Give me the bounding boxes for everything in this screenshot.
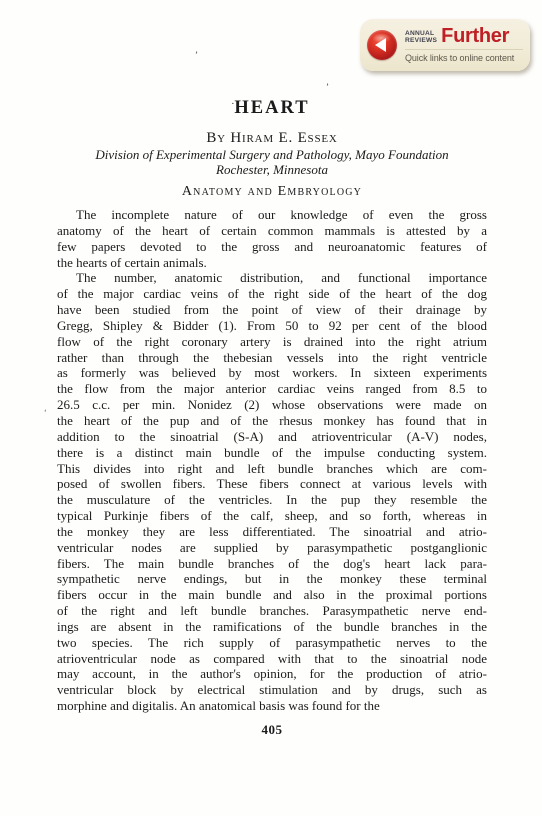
body-line: 26.5 c.c. per min. Nonidez (2) whose obs… <box>57 397 487 413</box>
body-line: The incomplete nature of our knowledge o… <box>57 207 487 223</box>
body-line: the musculature of the ventricles. In th… <box>57 492 487 508</box>
body-line: two species. The rich supply of parasymp… <box>57 635 487 651</box>
body-line: the flow from the major anterior cardiac… <box>57 381 487 397</box>
body-line: Gregg, Shipley & Bidder (1). From 50 to … <box>57 318 487 334</box>
body-line: morphine and digitalis. An anatomical ba… <box>57 698 487 714</box>
article-content: HEART By Hiram E. Essex Division of Expe… <box>57 0 487 738</box>
page-title: HEART <box>57 98 487 119</box>
affiliation-line: Division of Experimental Surgery and Pat… <box>57 148 487 163</box>
body-line: anatomy of the heart of certain common m… <box>57 223 487 239</box>
body-line: ings are absent in the ramifications of … <box>57 619 487 635</box>
body-line: The number, anatomic distribution, and f… <box>57 270 487 286</box>
body-line: rather than through the thebesian vessel… <box>57 350 487 366</box>
body-line: the heart of the pup and of the rhesus m… <box>57 413 487 429</box>
page-number: 405 <box>57 722 487 738</box>
article-body: The incomplete nature of our knowledge o… <box>57 207 487 714</box>
scan-speck <box>44 408 47 417</box>
body-line: there is a distinct main bundle of the i… <box>57 445 487 461</box>
body-line: flow of the right coronary artery is dra… <box>57 334 487 350</box>
body-line: the monkey they are less differentiated.… <box>57 524 487 540</box>
body-line: This divides into right and left bundle … <box>57 461 487 477</box>
body-line: addition to the sinoatrial (S-A) and atr… <box>57 429 487 445</box>
body-line: few papers devoted to the gross and neur… <box>57 239 487 255</box>
body-line: ventricular block by electrical stimulat… <box>57 682 487 698</box>
body-line: sympathetic nerve endings, but in the mo… <box>57 571 487 587</box>
body-line: of the right and left bundle branches. P… <box>57 603 487 619</box>
body-line: ventricular nodes are supplied by parasy… <box>57 540 487 556</box>
author-byline: By Hiram E. Essex <box>57 130 487 146</box>
body-line: fibers. The main bundle branches of the … <box>57 556 487 572</box>
body-line: fibers occur in the main bundle and also… <box>57 587 487 603</box>
body-line: posed of swollen fibers. These fibers co… <box>57 476 487 492</box>
body-line: typical Purkinje fibers of the calf, she… <box>57 508 487 524</box>
section-heading: Anatomy and Embryology <box>57 184 487 199</box>
affiliation-location: Rochester, Minnesota <box>57 163 487 178</box>
body-line: the hearts of certain animals. <box>57 255 487 271</box>
body-line: of the major cardiac veins of the right … <box>57 286 487 302</box>
body-line: atrioventricular node as compared with t… <box>57 651 487 667</box>
body-line: have been studied from the point of view… <box>57 302 487 318</box>
body-line: may account, in the author's opinion, fo… <box>57 666 487 682</box>
body-line: as formerly was believed by most workers… <box>57 365 487 381</box>
scanned-page: ANNUAL REVIEWS Further Quick links to on… <box>0 0 542 816</box>
